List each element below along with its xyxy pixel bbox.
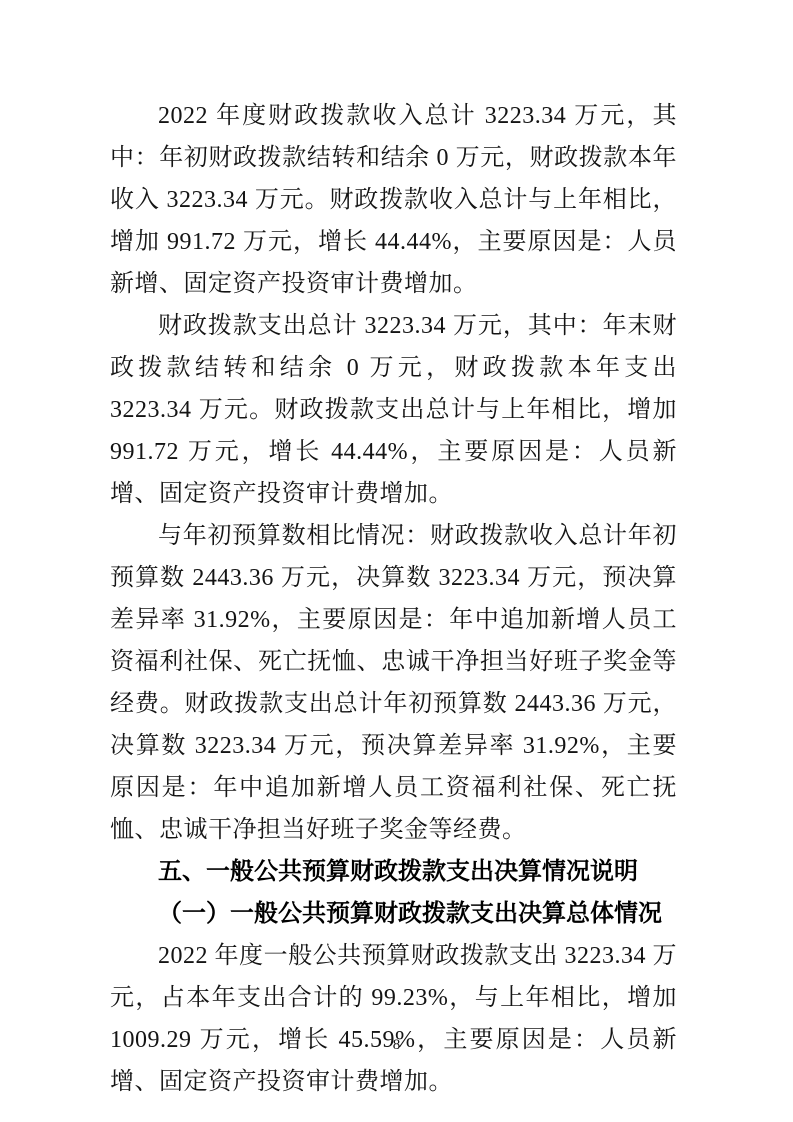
section-heading-public-budget-expenditure: 五、一般公共预算财政拨款支出决算情况说明 bbox=[110, 851, 677, 893]
paragraph-fiscal-income-summary: 2022 年度财政拨款收入总计 3223.34 万元，其中：年初财政拨款结转和结… bbox=[110, 95, 677, 305]
subsection-heading-overall-situation: （一）一般公共预算财政拨款支出决算总体情况 bbox=[110, 893, 677, 935]
document-page: 2022 年度财政拨款收入总计 3223.34 万元，其中：年初财政拨款结转和结… bbox=[0, 0, 793, 1122]
paragraph-fiscal-expenditure-summary: 财政拨款支出总计 3223.34 万元，其中：年末财政拨款结转和结余 0 万元，… bbox=[110, 305, 677, 515]
document-body: 2022 年度财政拨款收入总计 3223.34 万元，其中：年初财政拨款结转和结… bbox=[110, 95, 677, 1103]
paragraph-budget-comparison: 与年初预算数相比情况：财政拨款收入总计年初预算数 2443.36 万元，决算数 … bbox=[110, 515, 677, 851]
page-number: 8 bbox=[0, 1035, 793, 1055]
paragraph-public-budget-expenditure-detail: 2022 年度一般公共预算财政拨款支出 3223.34 万元，占本年支出合计的 … bbox=[110, 935, 677, 1103]
